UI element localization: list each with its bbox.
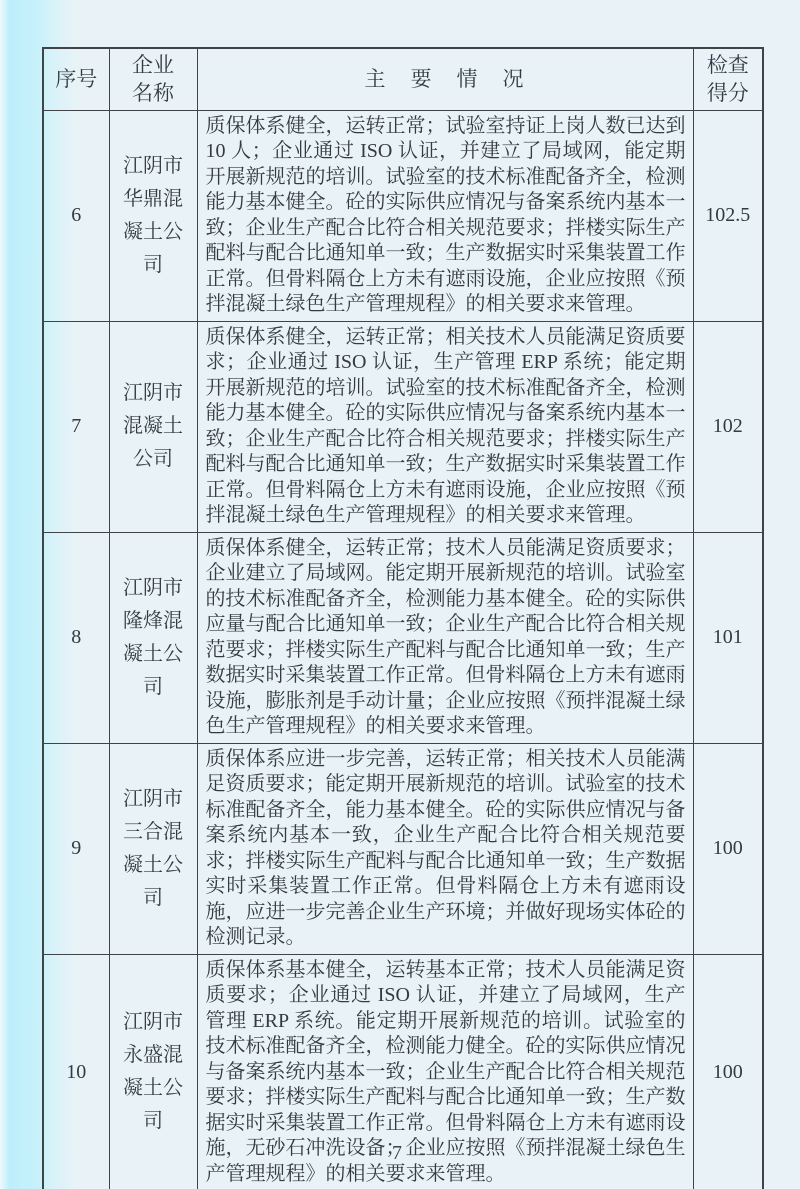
- table-row: 9 江阴市三合混凝土公司 质保体系应进一步完善，运转正常；相关技术人员能满足资质…: [43, 743, 763, 954]
- header-main-situation: 主 要 情 况: [197, 48, 693, 110]
- company-name-text: 江阴市混凝土公司: [119, 377, 188, 476]
- table-row: 8 江阴市隆烽混凝土公司 质保体系健全，运转正常；技术人员能满足资质要求；企业建…: [43, 532, 763, 743]
- row-company-name: 江阴市隆烽混凝土公司: [109, 532, 197, 743]
- company-name-text: 江阴市永盛混凝土公司: [119, 1006, 188, 1138]
- row-main-situation: 质保体系健全，运转正常；技术人员能满足资质要求；企业建立了局域网。能定期开展新规…: [197, 532, 693, 743]
- company-name-text: 江阴市隆烽混凝土公司: [119, 572, 188, 704]
- row-main-situation: 质保体系应进一步完善，运转正常；相关技术人员能满足资质要求；能定期开展新规范的培…: [197, 743, 693, 954]
- row-inspection-score: 102: [693, 321, 763, 532]
- row-company-name: 江阴市华鼎混凝土公司: [109, 110, 197, 321]
- row-serial-number: 6: [43, 110, 109, 321]
- row-serial-number: 9: [43, 743, 109, 954]
- table-header-row: 序号 企业名称 主 要 情 况 检查得分: [43, 48, 763, 110]
- company-name-text: 江阴市华鼎混凝土公司: [119, 150, 188, 282]
- row-inspection-score: 101: [693, 532, 763, 743]
- header-company-name-label: 企业名称: [130, 51, 176, 108]
- document-page: 序号 企业名称 主 要 情 况 检查得分 6 江阴市华鼎混凝土公司: [0, 0, 800, 1189]
- row-inspection-score: 102.5: [693, 110, 763, 321]
- row-company-name: 江阴市三合混凝土公司: [109, 743, 197, 954]
- header-inspection-score: 检查得分: [693, 48, 763, 110]
- page-number: - 7 -: [0, 1142, 800, 1165]
- row-inspection-score: 100: [693, 743, 763, 954]
- header-company-name: 企业名称: [109, 48, 197, 110]
- header-inspection-score-label: 检查得分: [705, 51, 751, 108]
- header-main-situation-label: 主 要 情 况: [365, 67, 526, 91]
- row-serial-number: 8: [43, 532, 109, 743]
- table-row: 7 江阴市混凝土公司 质保体系健全，运转正常；相关技术人员能满足资质要求；企业通…: [43, 321, 763, 532]
- header-serial-number: 序号: [43, 48, 109, 110]
- header-serial-number-label: 序号: [55, 67, 97, 91]
- row-main-situation: 质保体系健全，运转正常；试验室持证上岗人数已达到 10 人；企业通过 ISO 认…: [197, 110, 693, 321]
- row-main-situation: 质保体系健全，运转正常；相关技术人员能满足资质要求；企业通过 ISO 认证，生产…: [197, 321, 693, 532]
- row-serial-number: 7: [43, 321, 109, 532]
- inspection-results-table: 序号 企业名称 主 要 情 况 检查得分 6 江阴市华鼎混凝土公司: [42, 47, 764, 1189]
- table-row: 6 江阴市华鼎混凝土公司 质保体系健全，运转正常；试验室持证上岗人数已达到 10…: [43, 110, 763, 321]
- company-name-text: 江阴市三合混凝土公司: [119, 783, 188, 915]
- row-company-name: 江阴市混凝土公司: [109, 321, 197, 532]
